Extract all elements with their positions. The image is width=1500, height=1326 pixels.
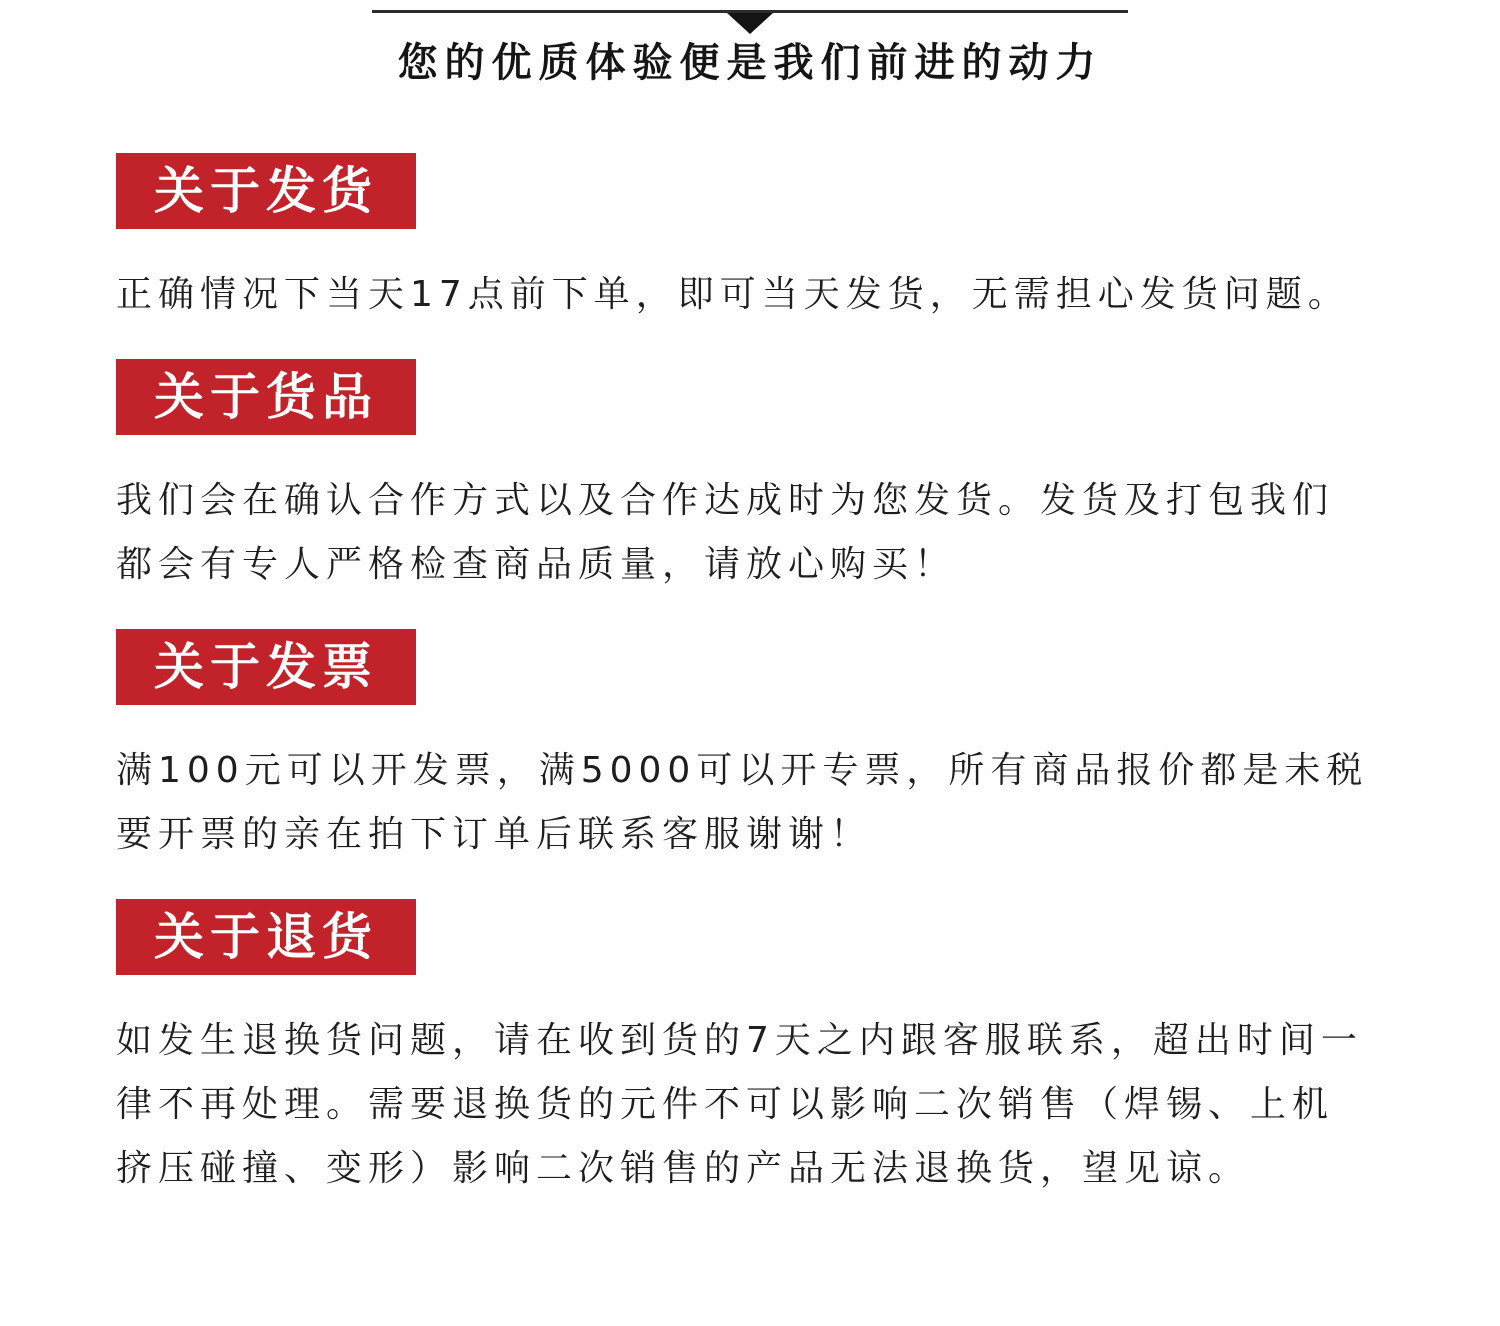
policy-sections: 关于发货 正确情况下当天17点前下单，即可当天发货，无需担心发货问题。 关于货品… bbox=[0, 87, 1500, 1201]
goods-badge: 关于货品 bbox=[116, 359, 416, 435]
invoice-text-line: 满100元可以开发票，满5000可以开专票，所有商品报价都是未税 bbox=[116, 739, 1384, 803]
goods-text: 我们会在确认合作方式以及合作达成时为您发货。发货及打包我们 都会有专人严格检查商… bbox=[116, 469, 1384, 597]
returns-badge: 关于退货 bbox=[116, 899, 416, 975]
goods-text-line: 我们会在确认合作方式以及合作达成时为您发货。发货及打包我们 bbox=[116, 469, 1384, 533]
shipping-text-line: 正确情况下当天17点前下单，即可当天发货，无需担心发货问题。 bbox=[116, 263, 1384, 327]
returns-text-line: 律不再处理。需要退换货的元件不可以影响二次销售（焊锡、上机 bbox=[116, 1073, 1384, 1137]
divider-line bbox=[372, 10, 1128, 13]
returns-text-line: 如发生退换货问题，请在收到货的7天之内跟客服联系，超出时间一 bbox=[116, 1009, 1384, 1073]
returns-text: 如发生退换货问题，请在收到货的7天之内跟客服联系，超出时间一 律不再处理。需要退… bbox=[116, 1009, 1384, 1201]
section-shipping: 关于发货 正确情况下当天17点前下单，即可当天发货，无需担心发货问题。 bbox=[116, 153, 1384, 327]
invoice-text-line: 要开票的亲在拍下订单后联系客服谢谢！ bbox=[116, 803, 1384, 867]
goods-text-line: 都会有专人严格检查商品质量，请放心购买！ bbox=[116, 533, 1384, 597]
page-title: 您的优质体验便是我们前进的动力 bbox=[0, 39, 1500, 87]
product-policy-page: 您的优质体验便是我们前进的动力 关于发货 正确情况下当天17点前下单，即可当天发… bbox=[0, 0, 1500, 1326]
triangle-down-icon bbox=[727, 13, 773, 34]
returns-text-line: 挤压碰撞、变形）影响二次销售的产品无法退换货，望见谅。 bbox=[116, 1137, 1384, 1201]
section-goods: 关于货品 我们会在确认合作方式以及合作达成时为您发货。发货及打包我们 都会有专人… bbox=[116, 359, 1384, 597]
section-invoice: 关于发票 满100元可以开发票，满5000可以开专票，所有商品报价都是未税 要开… bbox=[116, 629, 1384, 867]
section-returns: 关于退货 如发生退换货问题，请在收到货的7天之内跟客服联系，超出时间一 律不再处… bbox=[116, 899, 1384, 1201]
shipping-badge: 关于发货 bbox=[116, 153, 416, 229]
invoice-badge: 关于发票 bbox=[116, 629, 416, 705]
page-header: 您的优质体验便是我们前进的动力 bbox=[0, 10, 1500, 87]
invoice-text: 满100元可以开发票，满5000可以开专票，所有商品报价都是未税 要开票的亲在拍… bbox=[116, 739, 1384, 867]
shipping-text: 正确情况下当天17点前下单，即可当天发货，无需担心发货问题。 bbox=[116, 263, 1384, 327]
